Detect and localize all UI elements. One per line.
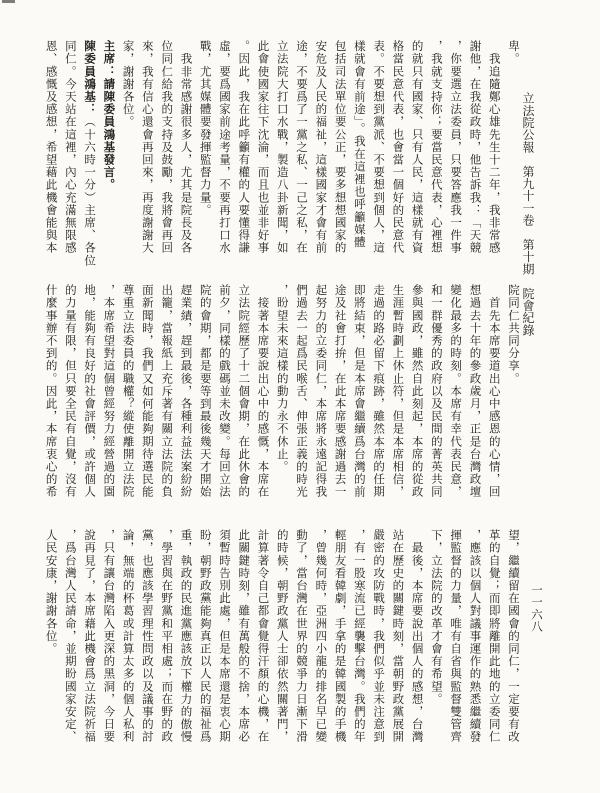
text-column: ，本席希望對這個曾經努力經營過的園 (102, 284, 116, 498)
text-column: 首先本席要道出心中感恩的心情，回 (487, 284, 501, 498)
text-column: 包括司法單位要公正，要多想想國家的 (333, 40, 347, 254)
text-column: 我追隨鄭心雄先生十二年，我非常感 (487, 40, 501, 254)
text-column: 。因此，我在此呼籲有權的人要懂得謙 (237, 40, 251, 254)
text-column: 恩、感慨及感想，希望藉此機會能與本 (44, 40, 58, 254)
text-column: 什麼事辦不到的。因此，本席衷心的希 (44, 284, 58, 498)
text-column: 的就只有國家、只有人民，這樣就有資 (410, 40, 424, 254)
text-column: 我非常感謝很多人，尤其是院長及各 (179, 40, 193, 254)
text-column: 起努力的立委同仁，本席將永遠記得我 (314, 284, 328, 498)
text-column: 立法院經歷了十二個會期，在此休會的 (237, 284, 251, 498)
text-column: 生涯暫時劃上休止符，但是本席相信， (391, 284, 405, 498)
speaker-opening-column: 陳委員鴻基：（十六時一分）主席、各位 (83, 40, 97, 267)
text-column: 計算著令自己都會覺得汗顏的心機，在 (256, 529, 270, 743)
text-column: 謝他，在我從政時，他告訴我：「天競 (468, 40, 482, 254)
text-column: 革的自覺；而即將離開此地的立委同仁 (487, 529, 501, 743)
text-column: 立法院大打口水戰，製造八卦新聞，如 (275, 40, 289, 254)
text-column: 戰，尤其媒體要發揮監督力量。 (198, 40, 212, 216)
text-column: 動了，當台灣在世界的競爭力日漸下滑 (294, 529, 308, 743)
text-column: 安危及人民的福祉，這樣國家才會有前 (314, 40, 328, 254)
text-column: 來，我有信心還會再回來，再度謝謝大 (140, 40, 154, 254)
text-column: 下，立法院的改革才會有希望。 (429, 529, 443, 705)
text-column: ，應該以個人對議事運作的熟悉繼續發 (468, 529, 482, 743)
text-column: 虛，要爲國家前途考量，不要再打口水 (217, 40, 231, 254)
text-column: 院的會期，都是要等到最後幾天才開始 (198, 284, 212, 498)
text-column: 的時候，朝野政黨人士卻依然關著門， (275, 529, 289, 743)
text-band-bottom: 望，繼續留在國會的同仁，一定要有改 革的自覺；而即將離開此地的立委同仁 ，應該以… (44, 529, 520, 741)
text-column: 輕朋友看韓劇，手拿的是韓國製的手機 (333, 529, 347, 743)
text-column: 位同仁給我的支持及鼓勵，我將會再回 (160, 40, 174, 254)
text-column: ，盼望未來這樣的動力永不休止。 (275, 284, 289, 473)
text-column: 站在歷史的關鍵時刻，當朝野政黨展開 (391, 529, 405, 743)
text-column: 途及社會打拚，在此本席要感謝過去一 (333, 284, 347, 498)
text-column: 重，執政的民進黨應該放下權力的傲慢 (179, 529, 193, 743)
speaker-name-label: 陳委員鴻基： (83, 40, 97, 116)
text-column: 此會使國家往下沈淪，而且也並非好事 (256, 40, 270, 254)
gazette-page: 立法院公報 第九十一卷 第十期 院會紀錄 一一六八 卑。 我追隨鄭心雄先生十二年… (0, 0, 600, 793)
text-column: 黨，也應該學習理性問政以及議事的討 (140, 529, 154, 743)
text-column: ，曾幾何時，亞洲四小龍的排名早已變 (314, 529, 328, 743)
text-column: 說再見了，本席藉此機會爲立法院祈福 (83, 529, 97, 743)
text-column: 和一群優秀的政府以及民間的菁英共同 (429, 284, 443, 498)
text-column: 尊重立法委員的職權？縱使離開立法院 (121, 284, 135, 498)
text-column: 樣就會有前途」。我在這裡也呼籲媒體 (352, 40, 366, 248)
text-column: 最後，本席要說出個人的感想，台灣 (410, 529, 424, 743)
text-column: 卑。 (506, 40, 520, 65)
text-column: 接著本席要說出心中的感慨，本席在 (256, 284, 270, 498)
text-column: 格當民意代表，也會當一個好的民意代 (391, 40, 405, 254)
text-column: 望，繼續留在國會的同仁，一定要有改 (506, 529, 520, 743)
text-column: 面新聞時，我們又如何能夠期待選民能 (140, 284, 154, 498)
scan-artifact (2, 0, 15, 3)
page-number: 一一六八 (529, 584, 544, 632)
text-column: ，只有讓台灣陷入更深的黑洞，今日要 (102, 529, 116, 743)
speaker-opening-text: （十六時一分）主席、各位 (83, 116, 97, 267)
gazette-header: 立法院公報 第九十一卷 第十期 院會紀錄 (520, 92, 535, 336)
text-column: 同仁。今天站在這裡，內心充滿無限感 (63, 40, 77, 254)
text-column: 即將結束，但是本席會繼續爲台灣的前 (352, 284, 366, 498)
text-column: 論，無端的杯葛或計算太多的個人私利 (121, 529, 135, 743)
text-column: ，我就支持你；要當民意代表，心裡想 (429, 40, 443, 254)
text-band-middle: 院同仁共同分享。 首先本席要道出心中感恩的心情，回 想過去十年的參政歲月，正是台… (44, 284, 520, 497)
text-column: 人民安康，謝謝各位。 (44, 529, 58, 655)
text-column: 走過的路必留下痕跡，雖然本席的任期 (372, 284, 386, 498)
text-column: 們過去一起爲民喉舌、伸張正義的時光 (294, 284, 308, 498)
text-column: 變化最多的時刻。本席有幸代表民意， (449, 284, 463, 498)
text-column: 院同仁共同分享。 (506, 284, 520, 385)
text-column: 出籠，當報紙上充斥著有關立法院的負 (160, 284, 174, 498)
text-column: 表。不要想到黨派、不要想到個人，這 (372, 40, 386, 254)
text-column: 想過去十年的參政歲月，正是台灣政壇 (468, 284, 482, 498)
text-column: 前夕，同樣的戲碼並未改變。每回立法 (217, 284, 231, 498)
text-column: 趕業績，趕到最後，各種利益法案紛紛 (179, 284, 193, 498)
text-column: ，學習與在野黨和平相處；而在野的政 (160, 529, 174, 743)
text-column: 參與國政，雖然自此刻起，本席的從政 (410, 284, 424, 498)
text-column: 此關鍵時刻，雖有萬般的不捨，本席必 (237, 529, 251, 743)
text-column: 嚴密的攻防戰時，我們似乎並未注意到 (372, 529, 386, 743)
text-band-top: 卑。 我追隨鄭心雄先生十二年，我非常感 謝他，在我從政時，他告訴我：「天競 ，你… (44, 40, 520, 250)
text-column: 的力量有限，但只要全民有自覺，沒有 (63, 284, 77, 498)
text-column: 家，謝謝各位。 (121, 40, 135, 128)
text-column: ，爲台灣人民請命，並期盼國家安定、 (63, 529, 77, 743)
text-column: ，你要選立法委員，只要答應我一件事 (449, 40, 463, 254)
chair-announcement-column: 主席：請陳委員鴻基發言。 (102, 40, 116, 191)
text-column: ，有一股寒流已經襲擊台灣。我們的年 (352, 529, 366, 743)
text-column: 盼，朝野政黨能夠真正以人民的福祉爲 (198, 529, 212, 743)
text-column: 揮監督的力量，唯有自省與監督雙管齊 (449, 529, 463, 743)
text-column: 須暫時告別此處，但是本席還是衷心期 (217, 529, 231, 743)
text-column: 地，能夠有良好的社會評價，或許個人 (83, 284, 97, 498)
text-column: 途，不要爲了一黨之私、一己之私，在 (294, 40, 308, 254)
